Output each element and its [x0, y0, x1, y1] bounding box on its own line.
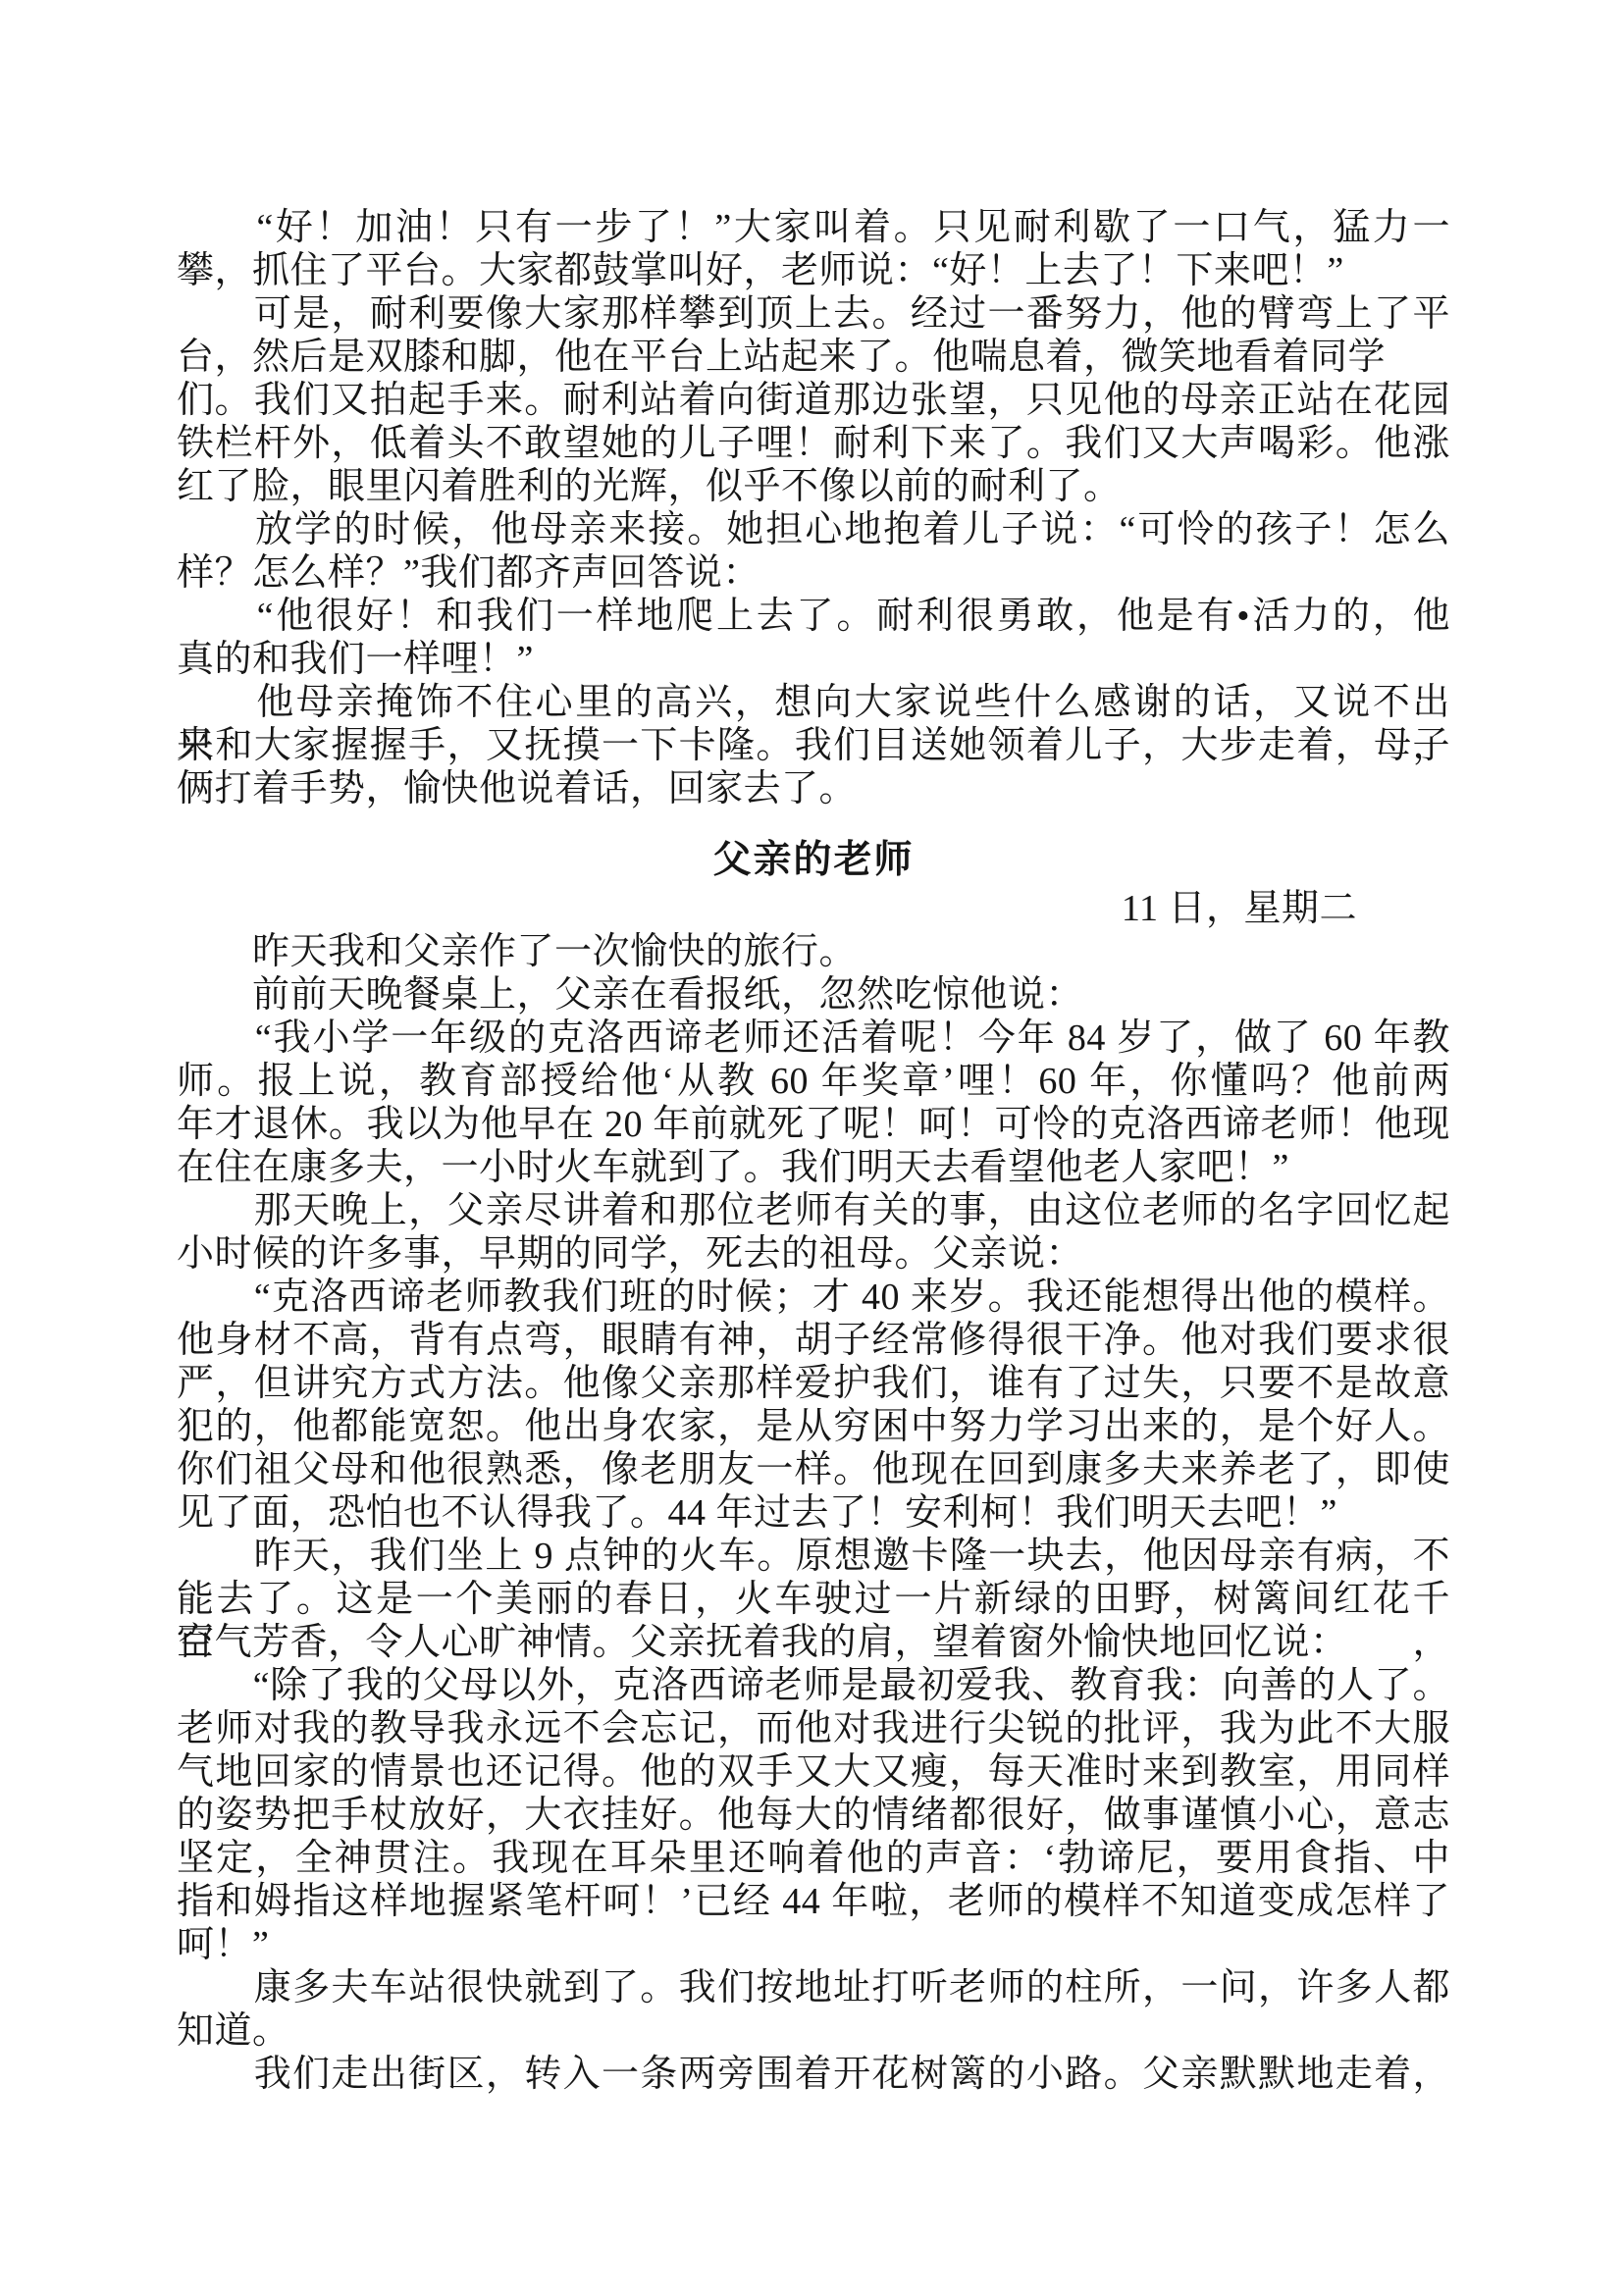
text-line: 见了面，恐怕也不认得我了。44 年过去了！安利柯！我们明天去吧！”: [177, 1491, 1450, 1535]
text-line: 可是，耐利要像大家那样攀到顶上去。经过一番努力，他的臂弯上了平: [177, 292, 1450, 336]
text-line: 攀，抓住了平台。大家都鼓掌叫好，老师说：“好！上去了！下来吧！”: [177, 249, 1450, 292]
text-line: 昨天，我们坐上 9 点钟的火车。原想邀卡隆一块去，他因母亲有病，不: [177, 1535, 1450, 1578]
text-line: 我们走出街区，转入一条两旁围着开花树篱的小路。父亲默默地走着，: [177, 2053, 1450, 2096]
text-line: 空气芳香，令人心旷神情。父亲抚着我的肩，望着窗外愉快地回忆说：: [177, 1621, 1450, 1664]
document-page: “好！加油！只有一步了！”大家叫着。只见耐利歇了一口气，猛力一攀，抓住了平台。大…: [0, 0, 1624, 2294]
text-line: 红了脸，眼里闪着胜利的光辉，似乎不像以前的耐利了。: [177, 465, 1450, 508]
text-line: 真的和我们一样哩！”: [177, 638, 1450, 681]
text-line: “好！加油！只有一步了！”大家叫着。只见耐利歇了一口气，猛力一: [177, 206, 1450, 249]
text-line: 能去了。这是一个美丽的春日，火车驶过一片新绿的田野，树篱间红花千百，: [177, 1578, 1450, 1621]
text-line: 年才退休。我以为他早在 20 年前就死了呢！呵！可怜的克洛西谛老师！他现: [177, 1103, 1450, 1146]
text-line: 昨天我和父亲作了一次愉快的旅行。: [177, 930, 1450, 973]
text-line: 小时候的许多事，早期的同学，死去的祖母。父亲说：: [177, 1232, 1450, 1276]
text-line: 台，然后是双膝和脚，他在平台上站起来了。他喘息着，微笑地看着同学们。: [177, 336, 1450, 379]
text-line: 俩打着手势，愉快他说着话，回家去了。: [177, 767, 1450, 810]
story-ending-section: “好！加油！只有一步了！”大家叫着。只见耐利歇了一口气，猛力一攀，抓住了平台。大…: [177, 206, 1450, 810]
text-line: 只和大家握握手，又抚摸一下卡隆。我们目送她领着儿子，大步走着，母子: [177, 724, 1450, 767]
text-line: 前前天晚餐桌上，父亲在看报纸，忽然吃惊他说：: [177, 973, 1450, 1017]
chapter-title: 父亲的老师: [177, 838, 1450, 883]
text-line: 师。报上说，教育部授给他‘从教 60 年奖章’哩！60 年，你懂吗？他前两: [177, 1060, 1450, 1103]
diary-entry-section: 昨天我和父亲作了一次愉快的旅行。 前前天晚餐桌上，父亲在看报纸，忽然吃惊他说： …: [177, 930, 1450, 2096]
text-line: “除了我的父母以外，克洛西谛老师是最初爱我、教育我：向善的人了。: [177, 1664, 1450, 1707]
text-line: 指和姆指这样地握紧笔杆呵！’已经 44 年啦，老师的模样不知道变成怎样了: [177, 1880, 1450, 1923]
text-line: 他身材不高，背有点弯，眼睛有神，胡子经常修得很干净。他对我们要求很: [177, 1319, 1450, 1362]
text-line: 气地回家的情景也还记得。他的双手又大又瘦，每天准时来到教室，用同样: [177, 1750, 1450, 1794]
text-line: 在住在康多夫，一小时火车就到了。我们明天去看望他老人家吧！”: [177, 1146, 1450, 1189]
text-line: 康多夫车站很快就到了。我们按地址打听老师的柱所，一问，许多人都: [177, 1966, 1450, 2009]
text-line: 坚定，全神贯注。我现在耳朵里还响着他的声音：‘勃谛尼，要用食指、中: [177, 1837, 1450, 1880]
text-line: 样？怎么样？”我们都齐声回答说：: [177, 551, 1450, 595]
text-line: “克洛西谛老师教我们班的时候；才 40 来岁。我还能想得出他的模样。: [177, 1276, 1450, 1319]
text-line: 那天晚上，父亲尽讲着和那位老师有关的事，由这位老师的名字回忆起: [177, 1189, 1450, 1232]
text-line: 老师对我的教导我永远不会忘记，而他对我进行尖锐的批评，我为此不大服: [177, 1707, 1450, 1750]
text-line: 铁栏杆外，低着头不敢望她的儿子哩！耐利下来了。我们又大声喝彩。他涨: [177, 422, 1450, 465]
text-line: 放学的时候，他母亲来接。她担心地抱着儿子说：“可怜的孩子！怎么: [177, 508, 1450, 551]
text-line: 我们又拍起手来。耐利站着向街道那边张望，只见他的母亲正站在花园: [177, 379, 1450, 422]
text-line: 知道。: [177, 2009, 1450, 2053]
text-line: “他很好！和我们一样地爬上去了。耐利很勇敢，他是有•活力的，他: [177, 595, 1450, 638]
text-line: 严，但讲究方式方法。他像父亲那样爱护我们，谁有了过失，只要不是故意: [177, 1362, 1450, 1405]
text-line: 犯的，他都能宽恕。他出身农家，是从穷困中努力学习出来的，是个好人。: [177, 1405, 1450, 1448]
text-line: 他母亲掩饰不住心里的高兴，想向大家说些什么感谢的话，又说不出来，: [177, 681, 1450, 724]
text-line: 的姿势把手杖放好，大衣挂好。他每大的情绪都很好，做事谨慎小心，意志: [177, 1794, 1450, 1837]
text-line: 你们祖父母和他很熟悉，像老朋友一样。他现在回到康多夫来养老了，即使: [177, 1448, 1450, 1491]
entry-date: 11 日，星期二: [177, 887, 1450, 930]
text-line: “我小学一年级的克洛西谛老师还活着呢！今年 84 岁了，做了 60 年教: [177, 1017, 1450, 1060]
text-line: 呵！”: [177, 1923, 1450, 1966]
